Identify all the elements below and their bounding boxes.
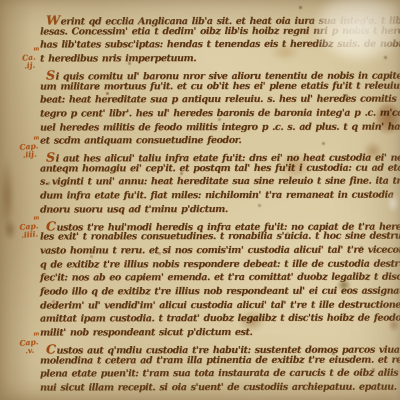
paragraph-initial: S	[46, 149, 55, 164]
manuscript-line: et scdm antiquam consuetudine feodor.	[40, 135, 400, 150]
manuscript-line: les exit' t ronabiles consuetudines. t r…	[40, 231, 400, 246]
manuscript-line: plena etate puen'it: t'ram sua tota inst…	[40, 368, 400, 383]
manuscript-line: tegro p cent' libr'. hes ul' heredes bar…	[40, 107, 400, 122]
manuscript-line: feodo illo q de exitibz t're illius nob …	[40, 286, 400, 301]
manuscript-page: mCa..ij.mCap..iij.mCap..iiii.mCap..v. We…	[0, 0, 400, 400]
manuscript-line: dum infra etate fu'it. fiat miles: nichi…	[40, 190, 400, 205]
manuscript-line: Si quis comitu ul' baronu nror sive alio…	[40, 66, 400, 81]
paragraph-initial: S	[46, 67, 55, 82]
ink-speckles	[0, 0, 3, 3]
manuscript-line: Si aut hes alicui' taliu infra etate fu'…	[40, 149, 400, 164]
manuscript-line: vasto hominu t reru. et si nos comis'im'…	[40, 244, 400, 259]
manuscript-line: milit' nob respondeant sicut p'dictum es…	[40, 327, 400, 342]
manuscript-line: Werint qd ecclia Anglicana lib'a sit. et…	[40, 12, 400, 27]
manuscript-line: dnoru suoru usq ad t'minu p'dictum.	[40, 203, 400, 218]
manuscript-line: Custos aut q'mdiu custodia t're habu'it:…	[40, 340, 400, 355]
manuscript-line: s. viginti t uni' annu: heat hereditate …	[40, 176, 400, 191]
manuscript-line: fec'it: nos ab eo capiem' emenda. et t'r…	[40, 272, 400, 287]
manuscript-line: beat: heat hereditate sua p antiquu rele…	[40, 94, 400, 109]
manuscript-line: has lib'tates subsc'iptas: hendas t tene…	[40, 39, 400, 54]
paragraph-initial: C	[46, 341, 56, 356]
manuscript-line: amittat ipam custodia. t tradat' duobz l…	[40, 313, 400, 328]
paragraph-initial: W	[46, 12, 60, 27]
manuscript-line: nui sicut illam recepit. si oia s'uent' …	[40, 381, 400, 396]
text-block: Werint qd ecclia Anglicana lib'a sit. et…	[0, 0, 400, 400]
manuscript-line: t heredibus nris imperpetuum.	[40, 53, 400, 68]
